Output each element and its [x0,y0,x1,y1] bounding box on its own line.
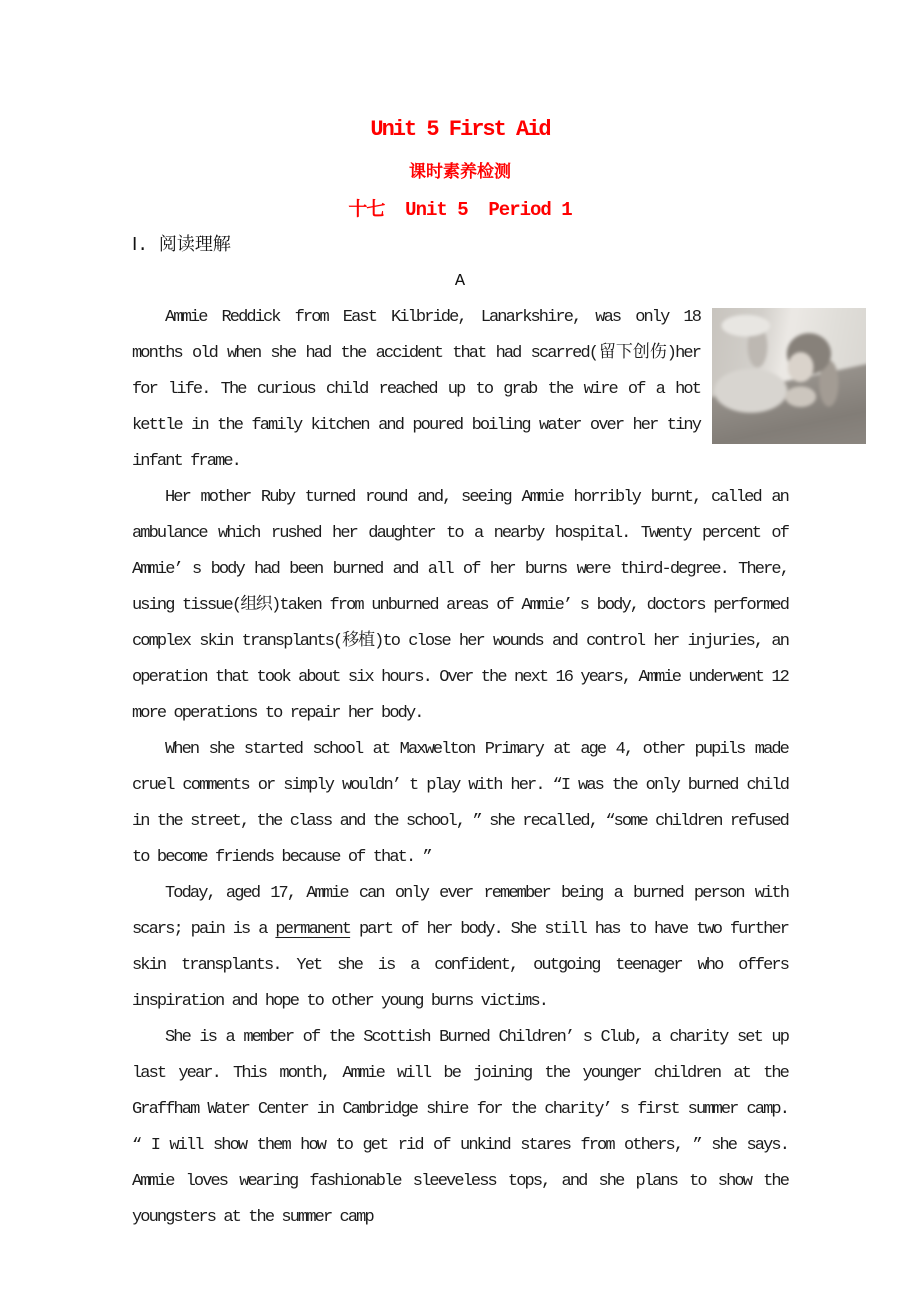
ammie-photo [712,308,866,444]
passage-label: A [132,264,788,300]
page-title: Unit 5 First Aid [132,112,788,148]
passage-paragraph-2: Her mother Ruby turned round and, seeing… [132,480,788,732]
underlined-word: permanent [275,920,350,939]
passage-paragraph-4: Today, aged 17, Ammie can only ever reme… [132,876,788,1020]
ammie-photo-art [712,308,866,444]
passage-paragraph-1: Ammie Reddick from East Kilbride, Lanark… [132,300,788,480]
page-subtitle: 课时素养检测 [132,156,788,192]
section-heading: Ⅰ. 阅读理解 [132,228,788,264]
lesson-heading: 十七 Unit 5 Period 1 [132,192,788,228]
passage-paragraph-5: She is a member of the Scottish Burned C… [132,1020,788,1236]
document-page: Unit 5 First Aid 课时素养检测 十七 Unit 5 Period… [0,0,920,1302]
reading-passage: Ammie Reddick from East Kilbride, Lanark… [132,300,788,1236]
passage-paragraph-3: When she started school at Maxwelton Pri… [132,732,788,876]
